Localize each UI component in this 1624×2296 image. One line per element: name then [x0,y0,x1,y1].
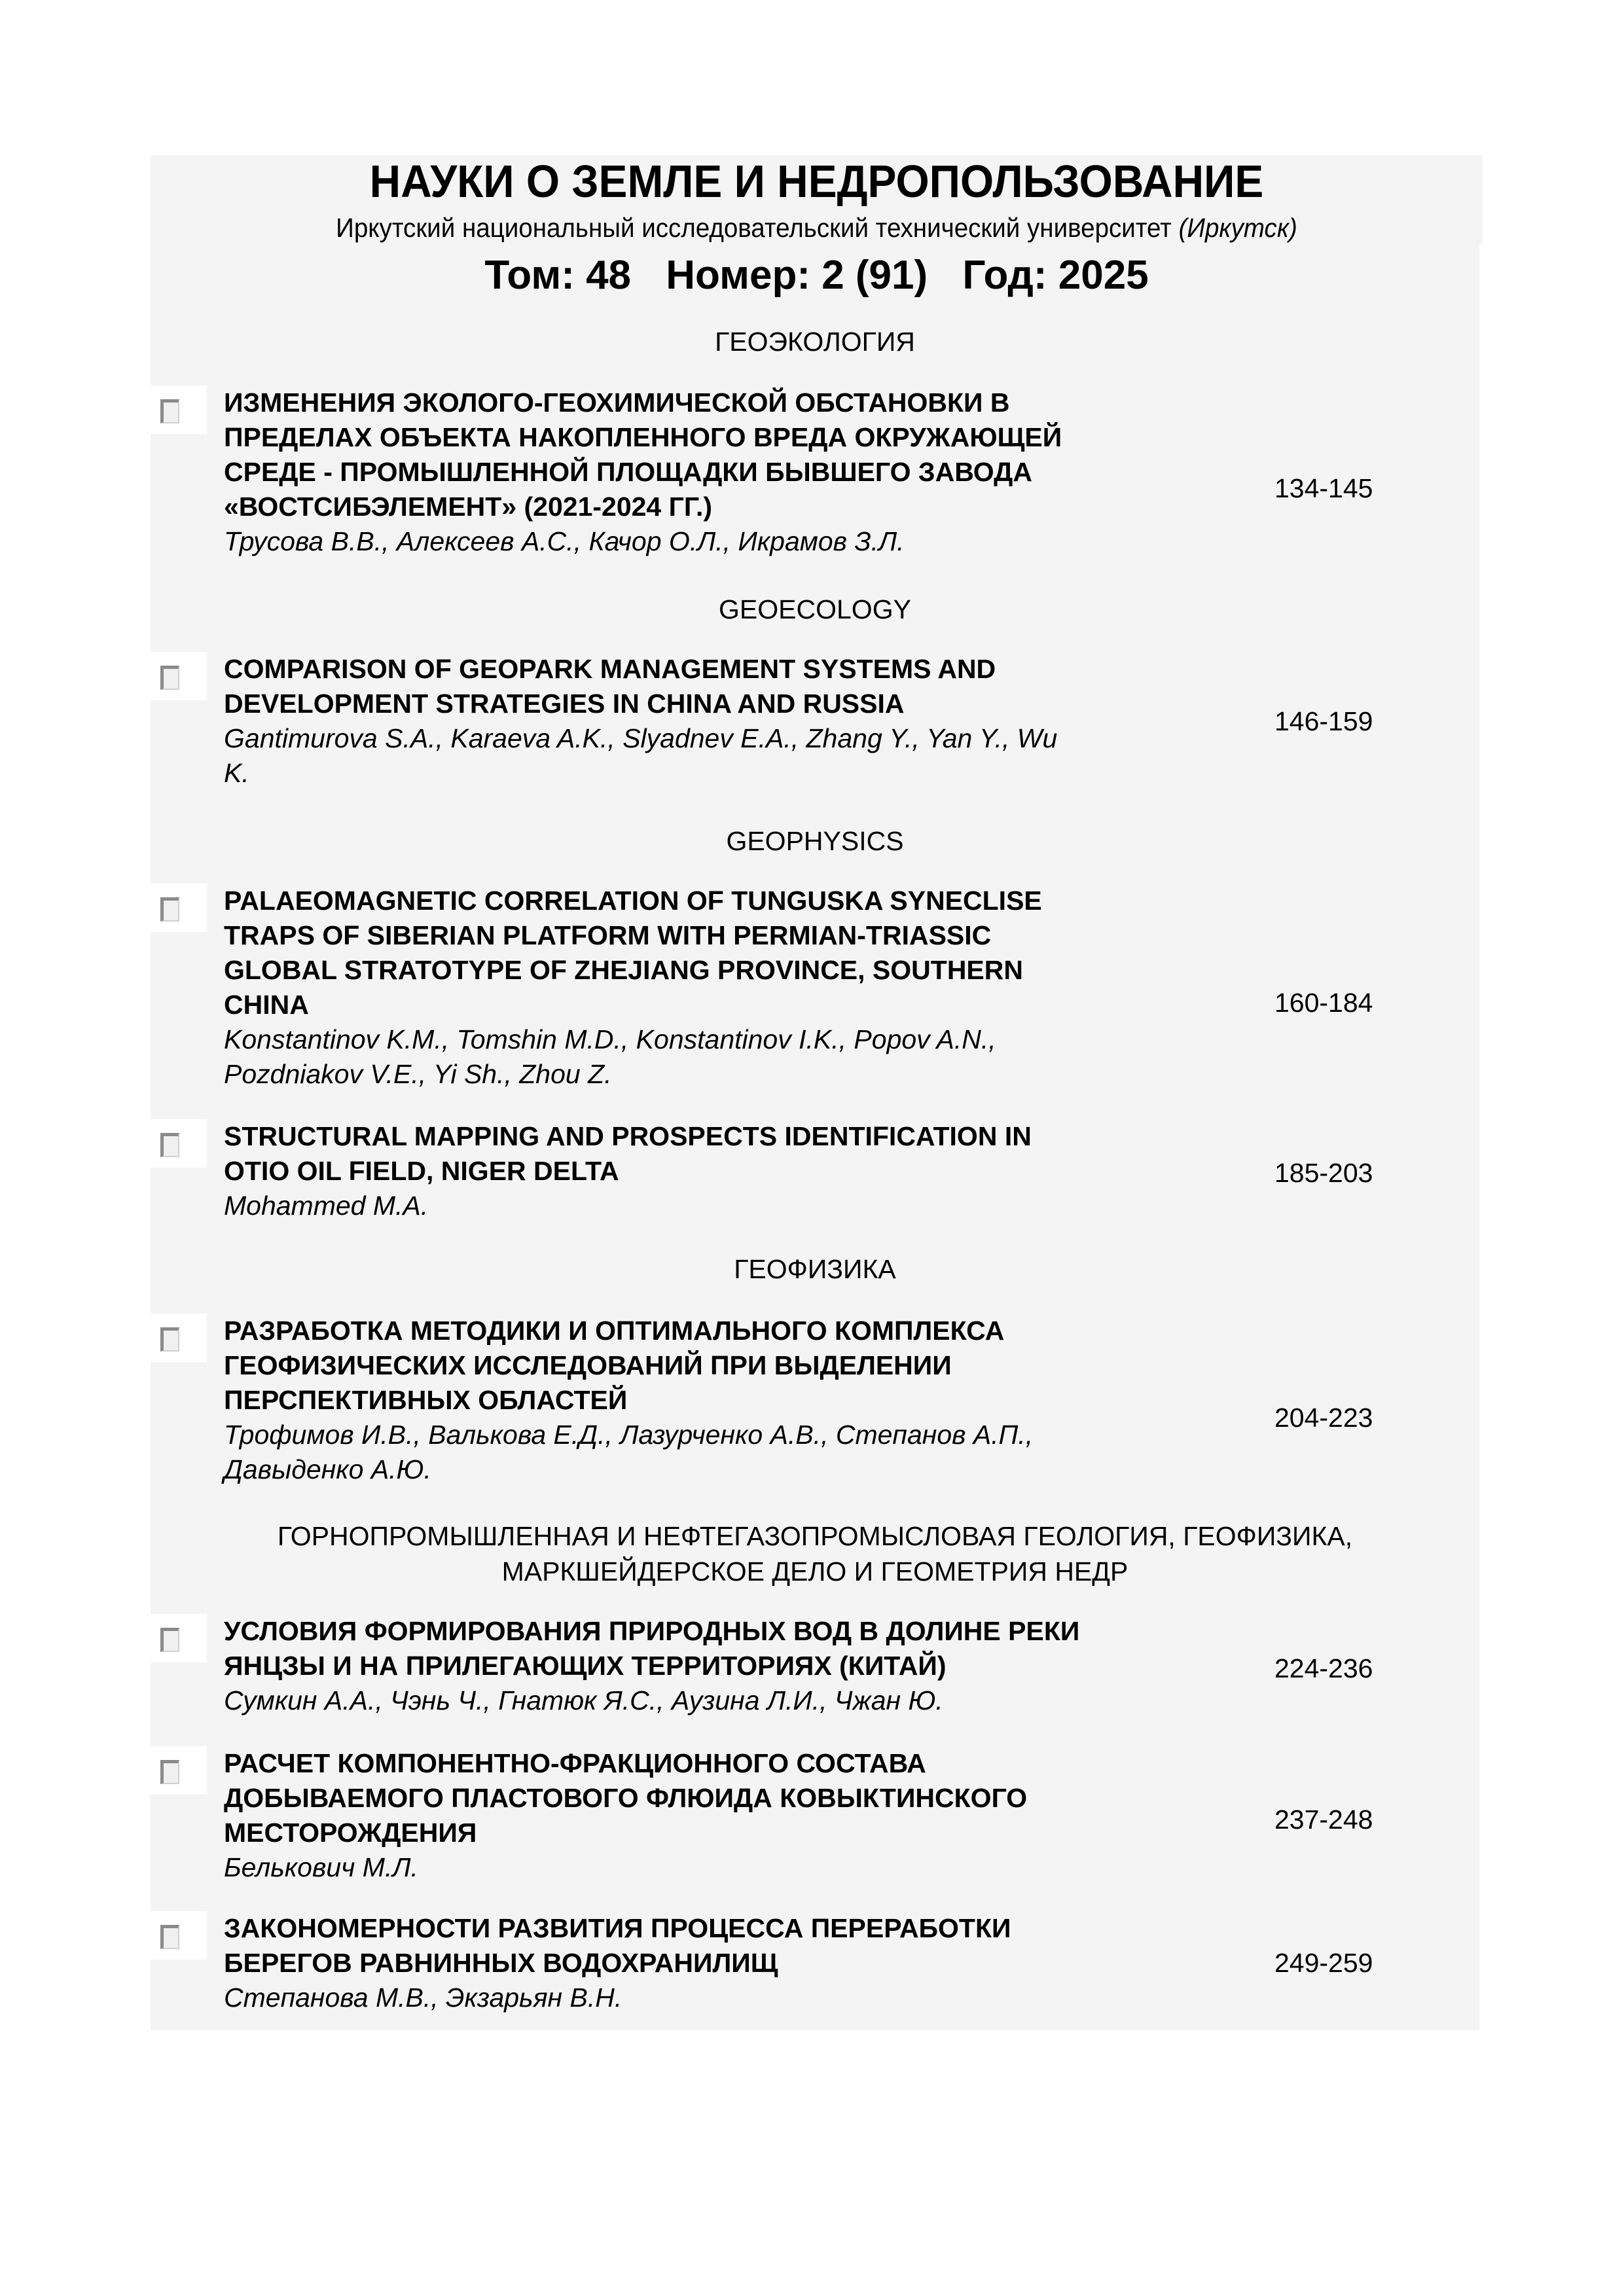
checkbox-icon[interactable] [160,399,179,423]
section-heading-mining-geology: ГОРНОПРОМЫШЛЕННАЯ И НЕФТЕГАЗОПРОМЫСЛОВАЯ… [151,1518,1479,1589]
checkbox-icon[interactable] [160,666,179,690]
article-authors: Белькович М.Л. [224,1850,1193,1885]
journal-header: НАУКИ О ЗЕМЛЕ И НЕДРОПОЛЬЗОВАНИЕ Иркутск… [151,155,1483,243]
checkbox-icon[interactable] [160,897,179,922]
section-heading-geophysics-ru: ГЕОФИЗИКА [151,1251,1479,1287]
article-title[interactable]: РАСЧЕТ КОМПОНЕНТНО-ФРАКЦИОННОГО СОСТАВА … [224,1746,1193,1850]
year: Год: 2025 [962,253,1148,298]
article-authors: Сумкин А.А., Чэнь Ч., Гнатюк Я.С., Аузин… [224,1683,1193,1718]
journal-title: НАУКИ О ЗЕМЛЕ И НЕДРОПОЛЬЗОВАНИЕ [190,155,1443,207]
toc-panel: НАУКИ О ЗЕМЛЕ И НЕДРОПОЛЬЗОВАНИЕ Иркутск… [151,155,1479,2030]
organization-name: Иркутский национальный исследовательский… [336,213,1172,243]
article-pages: 204-223 [1274,1401,1373,1435]
article-authors: Трусова В.В., Алексеев А.С., Качор О.Л.,… [224,524,1193,559]
checkbox-icon[interactable] [160,1133,179,1157]
article-title[interactable]: PALAEOMAGNETIC CORRELATION OF TUNGUSKA S… [224,884,1193,1022]
section-heading-geoecology-ru: ГЕОЭКОЛОГИЯ [151,324,1479,359]
article-title[interactable]: РАЗРАБОТКА МЕТОДИКИ И ОПТИМАЛЬНОГО КОМПЛ… [224,1314,1193,1418]
article-title[interactable]: УСЛОВИЯ ФОРМИРОВАНИЯ ПРИРОДНЫХ ВОД В ДОЛ… [224,1614,1193,1683]
article-pages: 224-236 [1274,1651,1373,1686]
article-pages: 134-145 [1274,471,1373,506]
article-title[interactable]: STRUCTURAL MAPPING AND PROSPECTS IDENTIF… [224,1119,1193,1189]
article-pages: 249-259 [1274,1946,1373,1981]
article-authors: Степанова М.В., Экзарьян В.Н. [224,1981,1193,2015]
article-authors: Konstantinov K.M., Tomshin M.D., Konstan… [224,1022,1193,1092]
article-authors: Трофимов И.В., Валькова Е.Д., Лазурченко… [224,1418,1193,1487]
article-pages: 185-203 [1274,1156,1373,1191]
article-title[interactable]: COMPARISON OF GEOPARK MANAGEMENT SYSTEMS… [224,652,1193,721]
checkbox-icon[interactable] [160,1760,179,1784]
article-authors: Gantimurova S.A., Karaeva A.K., Slyadnev… [224,721,1193,791]
article-pages: 146-159 [1274,704,1373,739]
journal-organization: Иркутский национальный исследовательский… [190,213,1443,243]
checkbox-icon[interactable] [160,1925,179,1949]
checkbox-icon[interactable] [160,1628,179,1652]
section-heading-geoecology-en: GEOECOLOGY [151,592,1479,627]
checkbox-icon[interactable] [160,1327,179,1352]
organization-city: (Иркутск) [1179,213,1297,243]
article-pages: 160-184 [1274,986,1373,1020]
article-authors: Mohammed M.A. [224,1189,1193,1223]
section-heading-geophysics-en: GEOPHYSICS [151,823,1479,859]
article-title[interactable]: ЗАКОНОМЕРНОСТИ РАЗВИТИЯ ПРОЦЕССА ПЕРЕРАБ… [224,1911,1193,1981]
article-title[interactable]: ИЗМЕНЕНИЯ ЭКОЛОГО-ГЕОХИМИЧЕСКОЙ ОБСТАНОВ… [224,386,1193,524]
volume: Том: 48 [484,253,631,298]
article-pages: 237-248 [1274,1803,1373,1837]
issue-info: Том: 48 Номер: 2 (91) Год: 2025 [151,252,1483,298]
issue-number: Номер: 2 (91) [666,253,928,298]
